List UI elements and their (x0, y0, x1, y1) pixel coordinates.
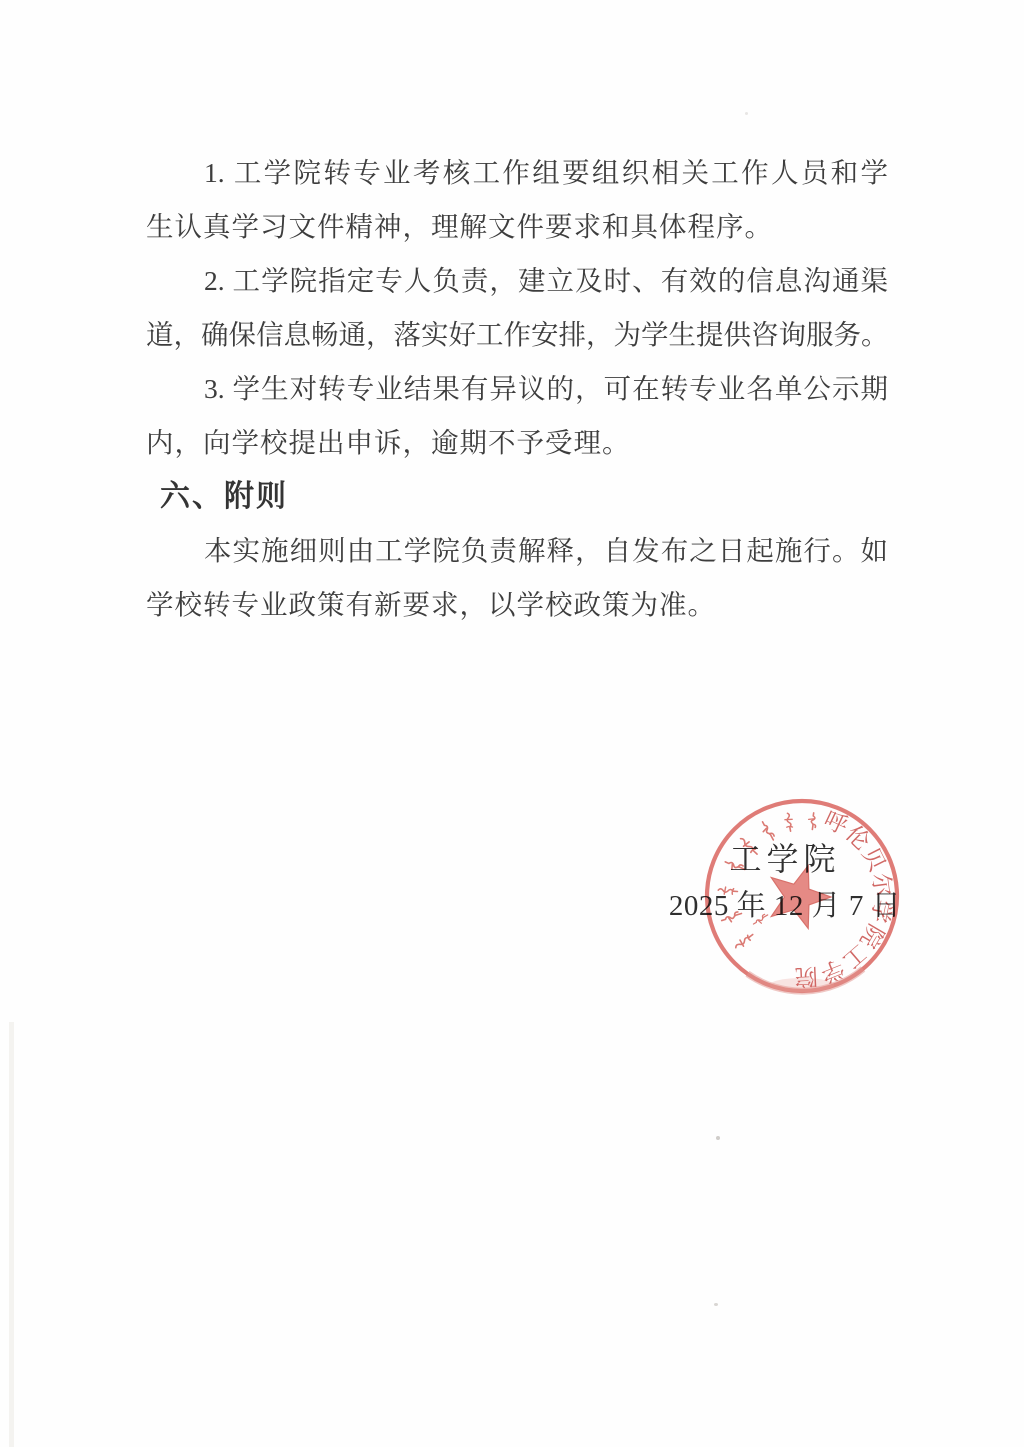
body-line: 内，向学校提出申诉，逾期不予受理。 (146, 416, 888, 470)
section-heading: 六、附则 (146, 470, 888, 524)
body-line: 本实施细则由工学院负责解释，自发布之日起施行。如 (146, 524, 888, 578)
seal-star (771, 866, 831, 929)
body-line: 1. 工学院转专业考核工作组要组织相关工作人员和学 (146, 146, 888, 200)
body-line: 3. 学生对转专业结果有异议的，可在转专业名单公示期 (146, 362, 888, 416)
official-seal: 呼伦贝尔学院工学院 (690, 788, 912, 1016)
body-line: 2. 工学院指定专人负责，建立及时、有效的信息沟通渠 (146, 254, 888, 308)
doc-body: 1. 工学院转专业考核工作组要组织相关工作人员和学生认真学习文件精神，理解文件要… (146, 146, 888, 632)
scan-speck (716, 1136, 720, 1140)
body-line: 学校转专业政策有新要求，以学校政策为准。 (146, 578, 888, 632)
scan-speck (745, 112, 748, 115)
scan-speck (714, 1303, 718, 1306)
body-line: 生认真学习文件精神，理解文件要求和具体程序。 (146, 200, 888, 254)
scan-artifact-strip (9, 1022, 14, 1447)
body-line: 道，确保信息畅通，落实好工作安排，为学生提供咨询服务。 (146, 308, 888, 362)
document-page: 1. 工学院转专业考核工作组要组织相关工作人员和学生认真学习文件精神，理解文件要… (0, 0, 1024, 1447)
